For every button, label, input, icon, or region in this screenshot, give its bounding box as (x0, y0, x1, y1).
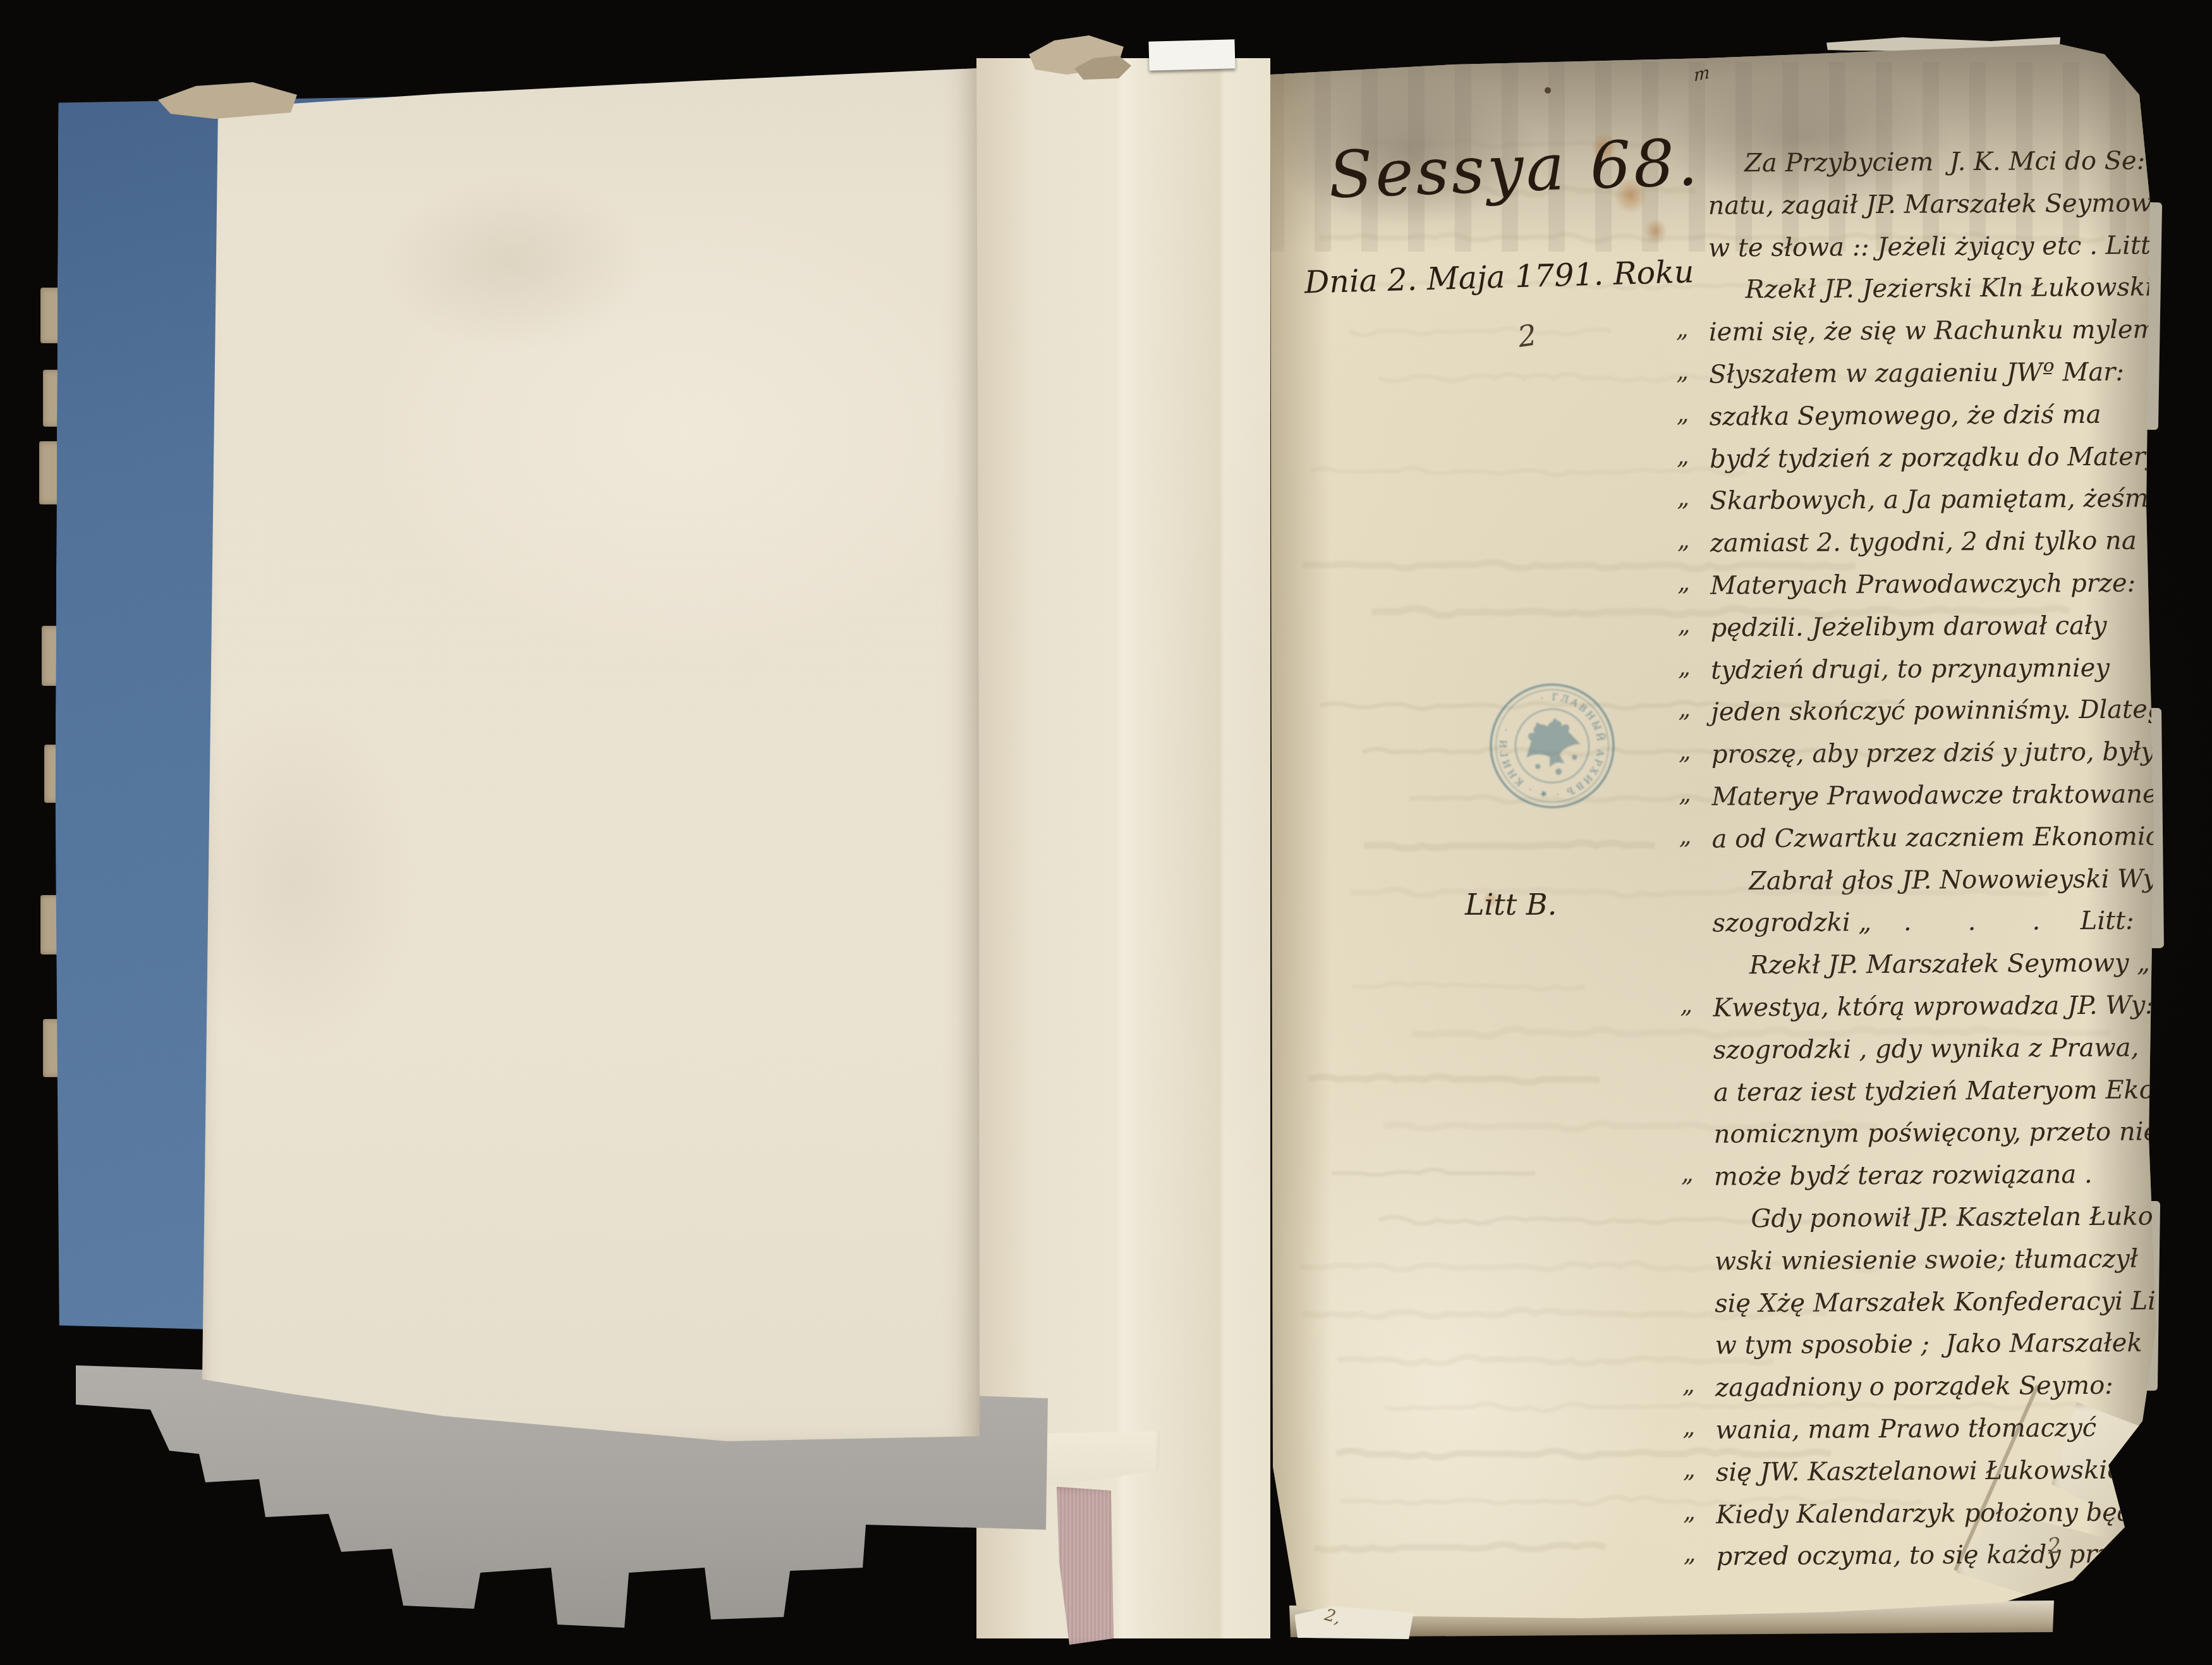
foliation-mark: m (1694, 63, 1710, 86)
torn-paper-fragment (158, 82, 297, 119)
double-headed-eagle-icon (1519, 714, 1586, 782)
scanned-book-opening: Sessya 68. Dnia 2. Maja 1791. Roku 2 Lit… (0, 0, 2212, 1665)
page-number: 2 (2046, 1533, 2063, 1559)
blank-cream-page (201, 38, 981, 1446)
white-paper-tab (1148, 39, 1235, 71)
session-heading: Sessya 68. (1327, 125, 1701, 213)
manuscript-page: Sessya 68. Dnia 2. Maja 1791. Roku 2 Lit… (1268, 37, 2161, 1623)
margin-note-litt: Litt B. (1465, 887, 1557, 922)
flap-pen-mark: 2, (1323, 1606, 1343, 1628)
